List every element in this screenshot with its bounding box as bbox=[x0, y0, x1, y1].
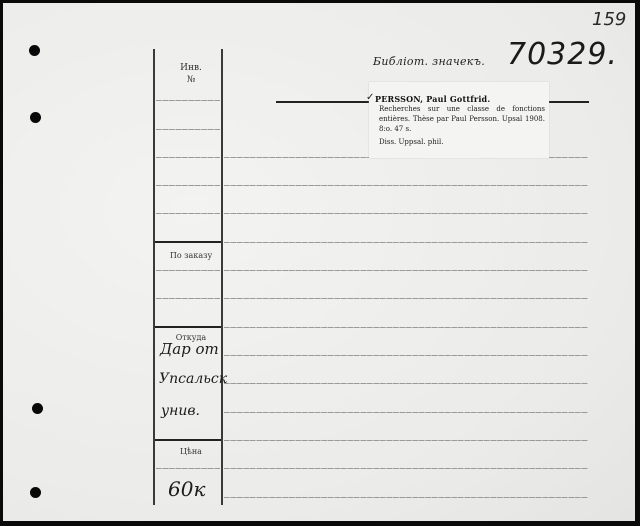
ruled-line bbox=[224, 327, 588, 328]
source-value-line-3: унив. bbox=[161, 403, 200, 419]
row-line bbox=[156, 298, 220, 299]
catalog-card: 159 Библіот. значекъ. 70329. Инв. № По з… bbox=[3, 3, 635, 521]
inventory-label: Инв. bbox=[158, 63, 224, 73]
punch-hole bbox=[29, 45, 40, 56]
punch-hole bbox=[30, 112, 41, 123]
check-mark-icon: ✓ bbox=[366, 92, 374, 103]
ruled-line bbox=[224, 185, 588, 186]
ruled-line bbox=[224, 270, 588, 271]
ruled-line bbox=[224, 497, 588, 498]
price-label: Цѣна bbox=[158, 447, 224, 456]
page-number: 159 bbox=[592, 9, 626, 30]
row-line bbox=[156, 157, 220, 158]
row-line bbox=[156, 100, 220, 101]
ruled-line bbox=[224, 468, 588, 469]
clipping-note: Diss. Uppsal. phil. bbox=[379, 138, 444, 146]
ruled-line bbox=[224, 383, 588, 384]
punch-hole bbox=[32, 403, 43, 414]
source-value-line-2: Упсальск bbox=[159, 371, 227, 387]
price-value: 60к bbox=[168, 477, 205, 501]
clipping-description: Recherches sur une classe de fonctions e… bbox=[379, 104, 545, 134]
call-number: 70329. bbox=[507, 37, 618, 72]
row-line bbox=[156, 270, 220, 271]
section-separator bbox=[155, 241, 221, 243]
order-label: По заказу bbox=[158, 251, 224, 260]
ruled-line bbox=[224, 298, 588, 299]
row-line bbox=[156, 468, 220, 469]
source-value-line-1: Дар от bbox=[160, 340, 219, 358]
ruled-line bbox=[224, 355, 588, 356]
row-line bbox=[156, 129, 220, 130]
ruled-line bbox=[224, 242, 588, 243]
row-line bbox=[156, 185, 220, 186]
pasted-bibliographic-clipping: PERSSON, Paul Gottfrid. Recherches sur u… bbox=[369, 82, 549, 158]
clipping-author: PERSSON, Paul Gottfrid. bbox=[375, 94, 490, 104]
inventory-number-symbol: № bbox=[158, 75, 224, 85]
left-column-divider bbox=[221, 49, 223, 505]
row-line bbox=[156, 213, 220, 214]
library-mark-label: Библіот. значекъ. bbox=[373, 55, 485, 68]
section-separator bbox=[155, 439, 221, 441]
ruled-line bbox=[224, 440, 588, 441]
section-separator bbox=[155, 326, 221, 328]
ruled-line bbox=[224, 412, 588, 413]
ruled-line bbox=[224, 213, 588, 214]
left-column-border bbox=[153, 49, 155, 505]
punch-hole bbox=[30, 487, 41, 498]
